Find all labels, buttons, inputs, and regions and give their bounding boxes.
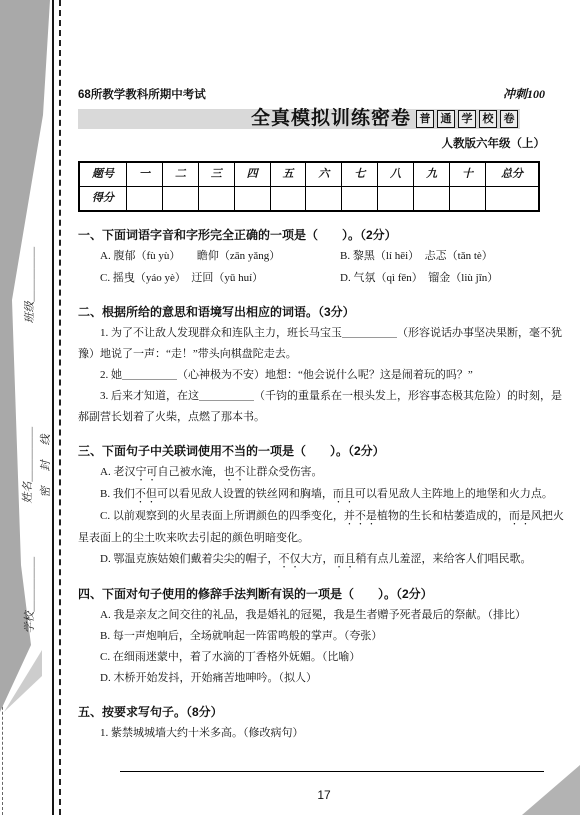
exam-title: 全真模拟训练密卷 <box>251 109 411 129</box>
score-table-header-cell: 一 <box>127 162 163 187</box>
q3-option-b: B. 我们不但可以看见敌人设置的铁丝网和胸墙，而且可以看见敌人主阵地上的地堡和火… <box>78 484 570 506</box>
title-badge: 普 <box>416 110 434 128</box>
q2-item-2: 2. 她＿＿＿＿＿（心神极为不安）地想：“他会说什么呢？这是闹着玩的吗？” <box>78 365 570 386</box>
score-table: 题号 一 二 三 四 五 六 七 八 九 十 总分 得分 <box>78 161 540 212</box>
score-cell <box>127 187 163 212</box>
score-table-header-cell: 题号 <box>79 162 127 187</box>
q2-item-3: 3. 后来才知道，在这＿＿＿＿＿（千钧的重量系在一根头发上，形容事态极其危险）的… <box>78 386 570 428</box>
q1-option-b: B. 黎黑（lí hēi） 忐忑（tǎn tè） <box>340 246 570 267</box>
score-cell <box>306 187 342 212</box>
answer-write-line <box>120 771 544 772</box>
score-cell <box>450 187 486 212</box>
score-cell <box>414 187 450 212</box>
seal-line-text: 密 封 线 <box>38 400 54 530</box>
page-number: 17 <box>78 785 570 805</box>
score-table-header-cell: 总分 <box>486 162 540 187</box>
header-row: 68所教学教科所期中考试 冲刺100 <box>78 86 570 103</box>
score-table-header-cell: 三 <box>198 162 234 187</box>
q1-option-c: C. 摇曳（yáo yè） 迂回（yū huí） <box>100 268 340 289</box>
score-table-score-row: 得分 <box>79 187 539 212</box>
q3-option-d: D. 鄂温克族姑娘们戴着尖尖的帽子，不仅大方，而且稍有点儿羞涩，来给客人们唱民歌… <box>78 549 570 571</box>
score-table-header-cell: 四 <box>234 162 270 187</box>
title-badge: 通 <box>437 110 455 128</box>
q1-option-a: A. 腹郁（fù yù） 瞻仰（zān yǎng） <box>100 246 340 267</box>
q4-option-b: B. 每一声炮响后，全场就响起一阵雷鸣般的掌声。（夸张） <box>78 626 570 647</box>
exam-page-content: 68所教学教科所期中考试 冲刺100 全真模拟训练密卷 普 通 学 校 卷 人教… <box>78 86 570 805</box>
q1-heading: 一、下面词语字音和字形完全正确的一项是（ ）。（2分） <box>78 224 570 246</box>
seal-margin-dashed-line <box>59 0 61 815</box>
q4-option-c: C. 在细雨迷蒙中，着了水滴的丁香格外妩媚。（比喻） <box>78 647 570 668</box>
q4-option-d: D. 木桥开始发抖，开始痛苦地呻吟。（拟人） <box>78 668 570 689</box>
q5-item-1: 1. 紫禁城城墙大约十米多高。（修改病句） <box>78 723 570 744</box>
score-table-header-cell: 五 <box>270 162 306 187</box>
score-cell <box>270 187 306 212</box>
score-table-header-cell: 九 <box>414 162 450 187</box>
score-cell <box>378 187 414 212</box>
score-cell <box>198 187 234 212</box>
q3-option-a: A. 老汉宁可自己被水淹，也不让群众受伤害。 <box>78 462 570 484</box>
score-cell <box>342 187 378 212</box>
edition-label: 人教版六年级（上） <box>78 135 570 153</box>
score-table-header-cell: 十 <box>450 162 486 187</box>
score-row-label: 得分 <box>79 187 127 212</box>
q4-heading: 四、下面对句子使用的修辞手法判断有误的一项是（ ）。（2分） <box>78 583 570 605</box>
q3-option-c: C. 以前观察到的火星表面上所谓颜色的四季变化，并不是植物的生长和枯萎造成的，而… <box>78 506 570 549</box>
q1-option-d: D. 气氛（qì fēn） 镏金（liù jīn） <box>340 268 570 289</box>
exam-session-title: 68所教学教科所期中考试 <box>78 87 206 103</box>
score-cell <box>486 187 540 212</box>
q1-options: A. 腹郁（fù yù） 瞻仰（zān yǎng） B. 黎黑（lí hēi） … <box>78 246 570 289</box>
title-badges: 普 通 学 校 卷 <box>416 110 518 128</box>
score-table-header-row: 题号 一 二 三 四 五 六 七 八 九 十 总分 <box>79 162 539 187</box>
q5-heading: 五、按要求写句子。（8分） <box>78 701 570 723</box>
q2-heading: 二、根据所给的意思和语境写出相应的词语。（3分） <box>78 301 570 323</box>
score-table-header-cell: 二 <box>162 162 198 187</box>
name-field-label: 姓名＿＿＿＿＿ <box>20 400 36 530</box>
title-badge: 学 <box>458 110 476 128</box>
brand-logo-text: 冲刺100 <box>503 86 545 102</box>
score-table-header-cell: 七 <box>342 162 378 187</box>
title-badge: 校 <box>479 110 497 128</box>
score-cell <box>234 187 270 212</box>
score-table-header-cell: 六 <box>306 162 342 187</box>
title-band: 全真模拟训练密卷 普 通 学 校 卷 <box>78 109 520 129</box>
school-field-label: 学校＿＿＿＿＿ <box>22 530 38 660</box>
score-table-header-cell: 八 <box>378 162 414 187</box>
score-cell <box>162 187 198 212</box>
q3-heading: 三、下面句子中关联词使用不当的一项是（ ）。（2分） <box>78 440 570 462</box>
title-badge: 卷 <box>500 110 518 128</box>
class-field-label: 班级＿＿＿＿＿ <box>22 220 38 350</box>
q4-option-a: A. 我是亲友之间交往的礼品，我是婚礼的冠冕，我是生者赠予死者最后的祭献。（排比… <box>78 605 570 626</box>
q2-item-1: 1. 为了不让敌人发现群众和连队主力，班长马宝玉＿＿＿＿＿（形容说话办事坚决果断… <box>78 323 570 365</box>
